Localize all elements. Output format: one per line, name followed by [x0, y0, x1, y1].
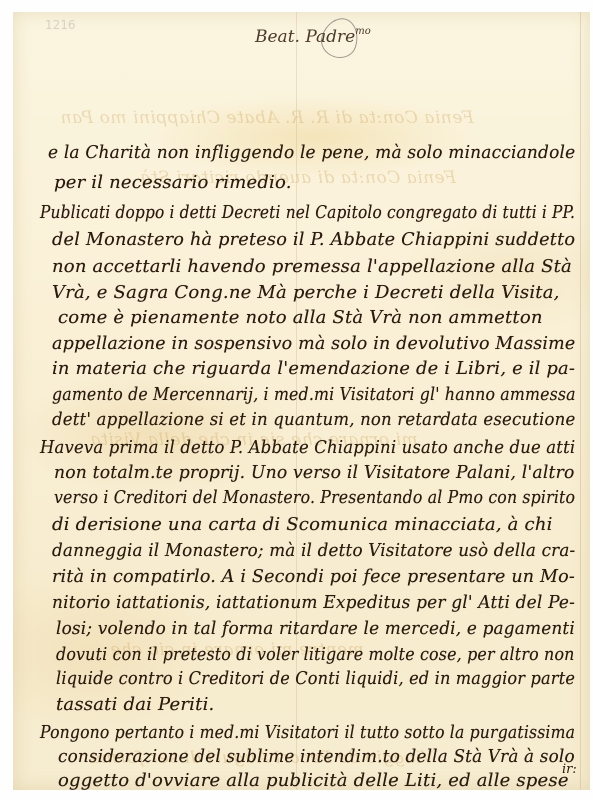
header-annotation: Beat. Padremo — [255, 26, 371, 47]
faint-page-number: 1216 — [45, 18, 76, 32]
manuscript-line: Publicati doppo i detti Decreti nel Capi… — [40, 202, 575, 223]
manuscript-line: oggetto d'ovviare alla publicità delle L… — [58, 770, 569, 791]
manuscript-line: danneggia il Monastero; mà il detto Visi… — [52, 540, 575, 561]
manuscript-line: losi; volendo in tal forma ritardare le … — [56, 618, 575, 639]
manuscript-line: Haveva prima il detto P. Abbate Chiappin… — [40, 437, 575, 458]
manuscript-line: Vrà, e Sagra Cong.ne Mà perche i Decreti… — [52, 282, 560, 303]
manuscript-line: in materia che riguarda l'emendazione de… — [52, 358, 575, 379]
manuscript-line: non accettarli havendo premessa l'appell… — [52, 256, 572, 277]
header-annotation-text: Beat. Padre — [255, 27, 355, 47]
manuscript-scan: Fenia Con:ta di R. R. Abate Chiappini mo… — [0, 0, 593, 800]
bleed-through-text: Fenia Con:ta di R. R. Abate Chiappini mo… — [60, 108, 474, 128]
manuscript-line: tassati dai Periti. — [56, 694, 214, 715]
manuscript-line: e la Charità non infliggendo le pene, mà… — [48, 142, 575, 163]
catchword: ir: — [562, 762, 577, 777]
manuscript-line: di derisione una carta di Scomunica mina… — [52, 514, 553, 535]
manuscript-line: come è pienamente noto alla Stà Vrà non … — [58, 307, 543, 328]
manuscript-line: verso i Creditori del Monastero. Present… — [54, 487, 575, 508]
manuscript-line: dovuti con il pretesto di voler litigare… — [56, 644, 575, 665]
header-annotation-superscript: mo — [355, 26, 371, 37]
manuscript-line: del Monastero hà preteso il P. Abbate Ch… — [52, 229, 575, 250]
manuscript-line: rità in compatirlo. A i Secondi poi fece… — [52, 566, 575, 587]
paper-edge-crease — [580, 12, 581, 790]
manuscript-line: appellazione in sospensivo mà solo in de… — [52, 333, 575, 354]
manuscript-line: dett' appellazione si et in quantum, non… — [52, 409, 575, 430]
manuscript-line: per il necessario rimedio. — [54, 172, 292, 193]
manuscript-line: liquide contro i Creditori de Conti liqu… — [56, 668, 575, 689]
manuscript-line: gamento de Mercennarij, i med.mi Visitat… — [52, 384, 576, 405]
manuscript-line: nitorio iattationis, iattationum Expedit… — [52, 592, 575, 613]
manuscript-line: non totalm.te proprij. Uno verso il Visi… — [54, 462, 575, 483]
manuscript-line: considerazione del sublime intendim.to d… — [58, 746, 575, 767]
manuscript-line: Pongono pertanto i med.mi Visitatori il … — [40, 722, 575, 743]
